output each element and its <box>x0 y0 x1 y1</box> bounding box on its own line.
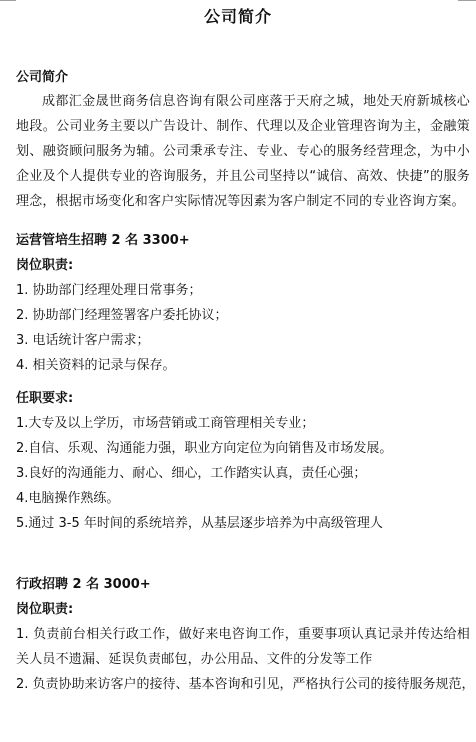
job-section-admin: 行政招聘 2 名 3000+ 岗位职责: 1. 负责前台相关行政工作，做好来电咨… <box>16 572 470 697</box>
job-section-operations-trainee: 运营管培生招聘 2 名 3300+ 岗位职责: 1. 协助部门经理处理日常事务；… <box>16 228 470 536</box>
duties-heading: 岗位职责: <box>16 253 470 278</box>
requirement-item: 2.自信、乐观、沟通能力强，职业方向定位为向销售及市场发展。 <box>16 436 470 461</box>
duty-item: 1. 协助部门经理处理日常事务； <box>16 278 470 303</box>
job-title: 运营管培生招聘 2 名 3300+ <box>16 228 470 253</box>
duties-heading: 岗位职责: <box>16 597 470 622</box>
requirement-item: 5.通过 3-5 年时间的系统培养，从基层逐步培养为中高级管理人 <box>16 511 470 536</box>
duty-item: 2. 负责协助来访客户的接待、基本咨询和引见，严格执行公司的接待服务规范， <box>16 672 470 697</box>
top-left-rule <box>0 0 16 1</box>
job-title: 行政招聘 2 名 3000+ <box>16 572 470 597</box>
document-body: 公司简介 成都汇金晟世商务信息咨询有限公司座落于天府之城，地处天府新城核心地段。… <box>16 67 470 697</box>
company-intro-paragraph: 成都汇金晟世商务信息咨询有限公司座落于天府之城，地处天府新城核心地段。公司业务主… <box>16 89 470 214</box>
requirements-heading: 任职要求: <box>16 386 470 411</box>
requirement-item: 3.良好的沟通能力、耐心、细心，工作踏实认真，责任心强； <box>16 461 470 486</box>
requirement-item: 4.电脑操作熟练。 <box>16 486 470 511</box>
duty-item: 3. 电话统计客户需求； <box>16 328 470 353</box>
duty-item: 4. 相关资料的记录与保存。 <box>16 353 470 378</box>
page-title: 公司简介 <box>0 6 476 28</box>
company-intro-section: 公司简介 成都汇金晟世商务信息咨询有限公司座落于天府之城，地处天府新城核心地段。… <box>16 67 470 214</box>
requirement-item: 1.大专及以上学历，市场营销或工商管理相关专业； <box>16 411 470 436</box>
duty-item: 1. 负责前台相关行政工作，做好来电咨询工作，重要事项认真记录并传达给相关人员不… <box>16 622 470 672</box>
duty-item: 2. 协助部门经理签署客户委托协议； <box>16 303 470 328</box>
top-right-rule <box>458 0 476 1</box>
company-intro-heading: 公司简介 <box>16 67 470 89</box>
